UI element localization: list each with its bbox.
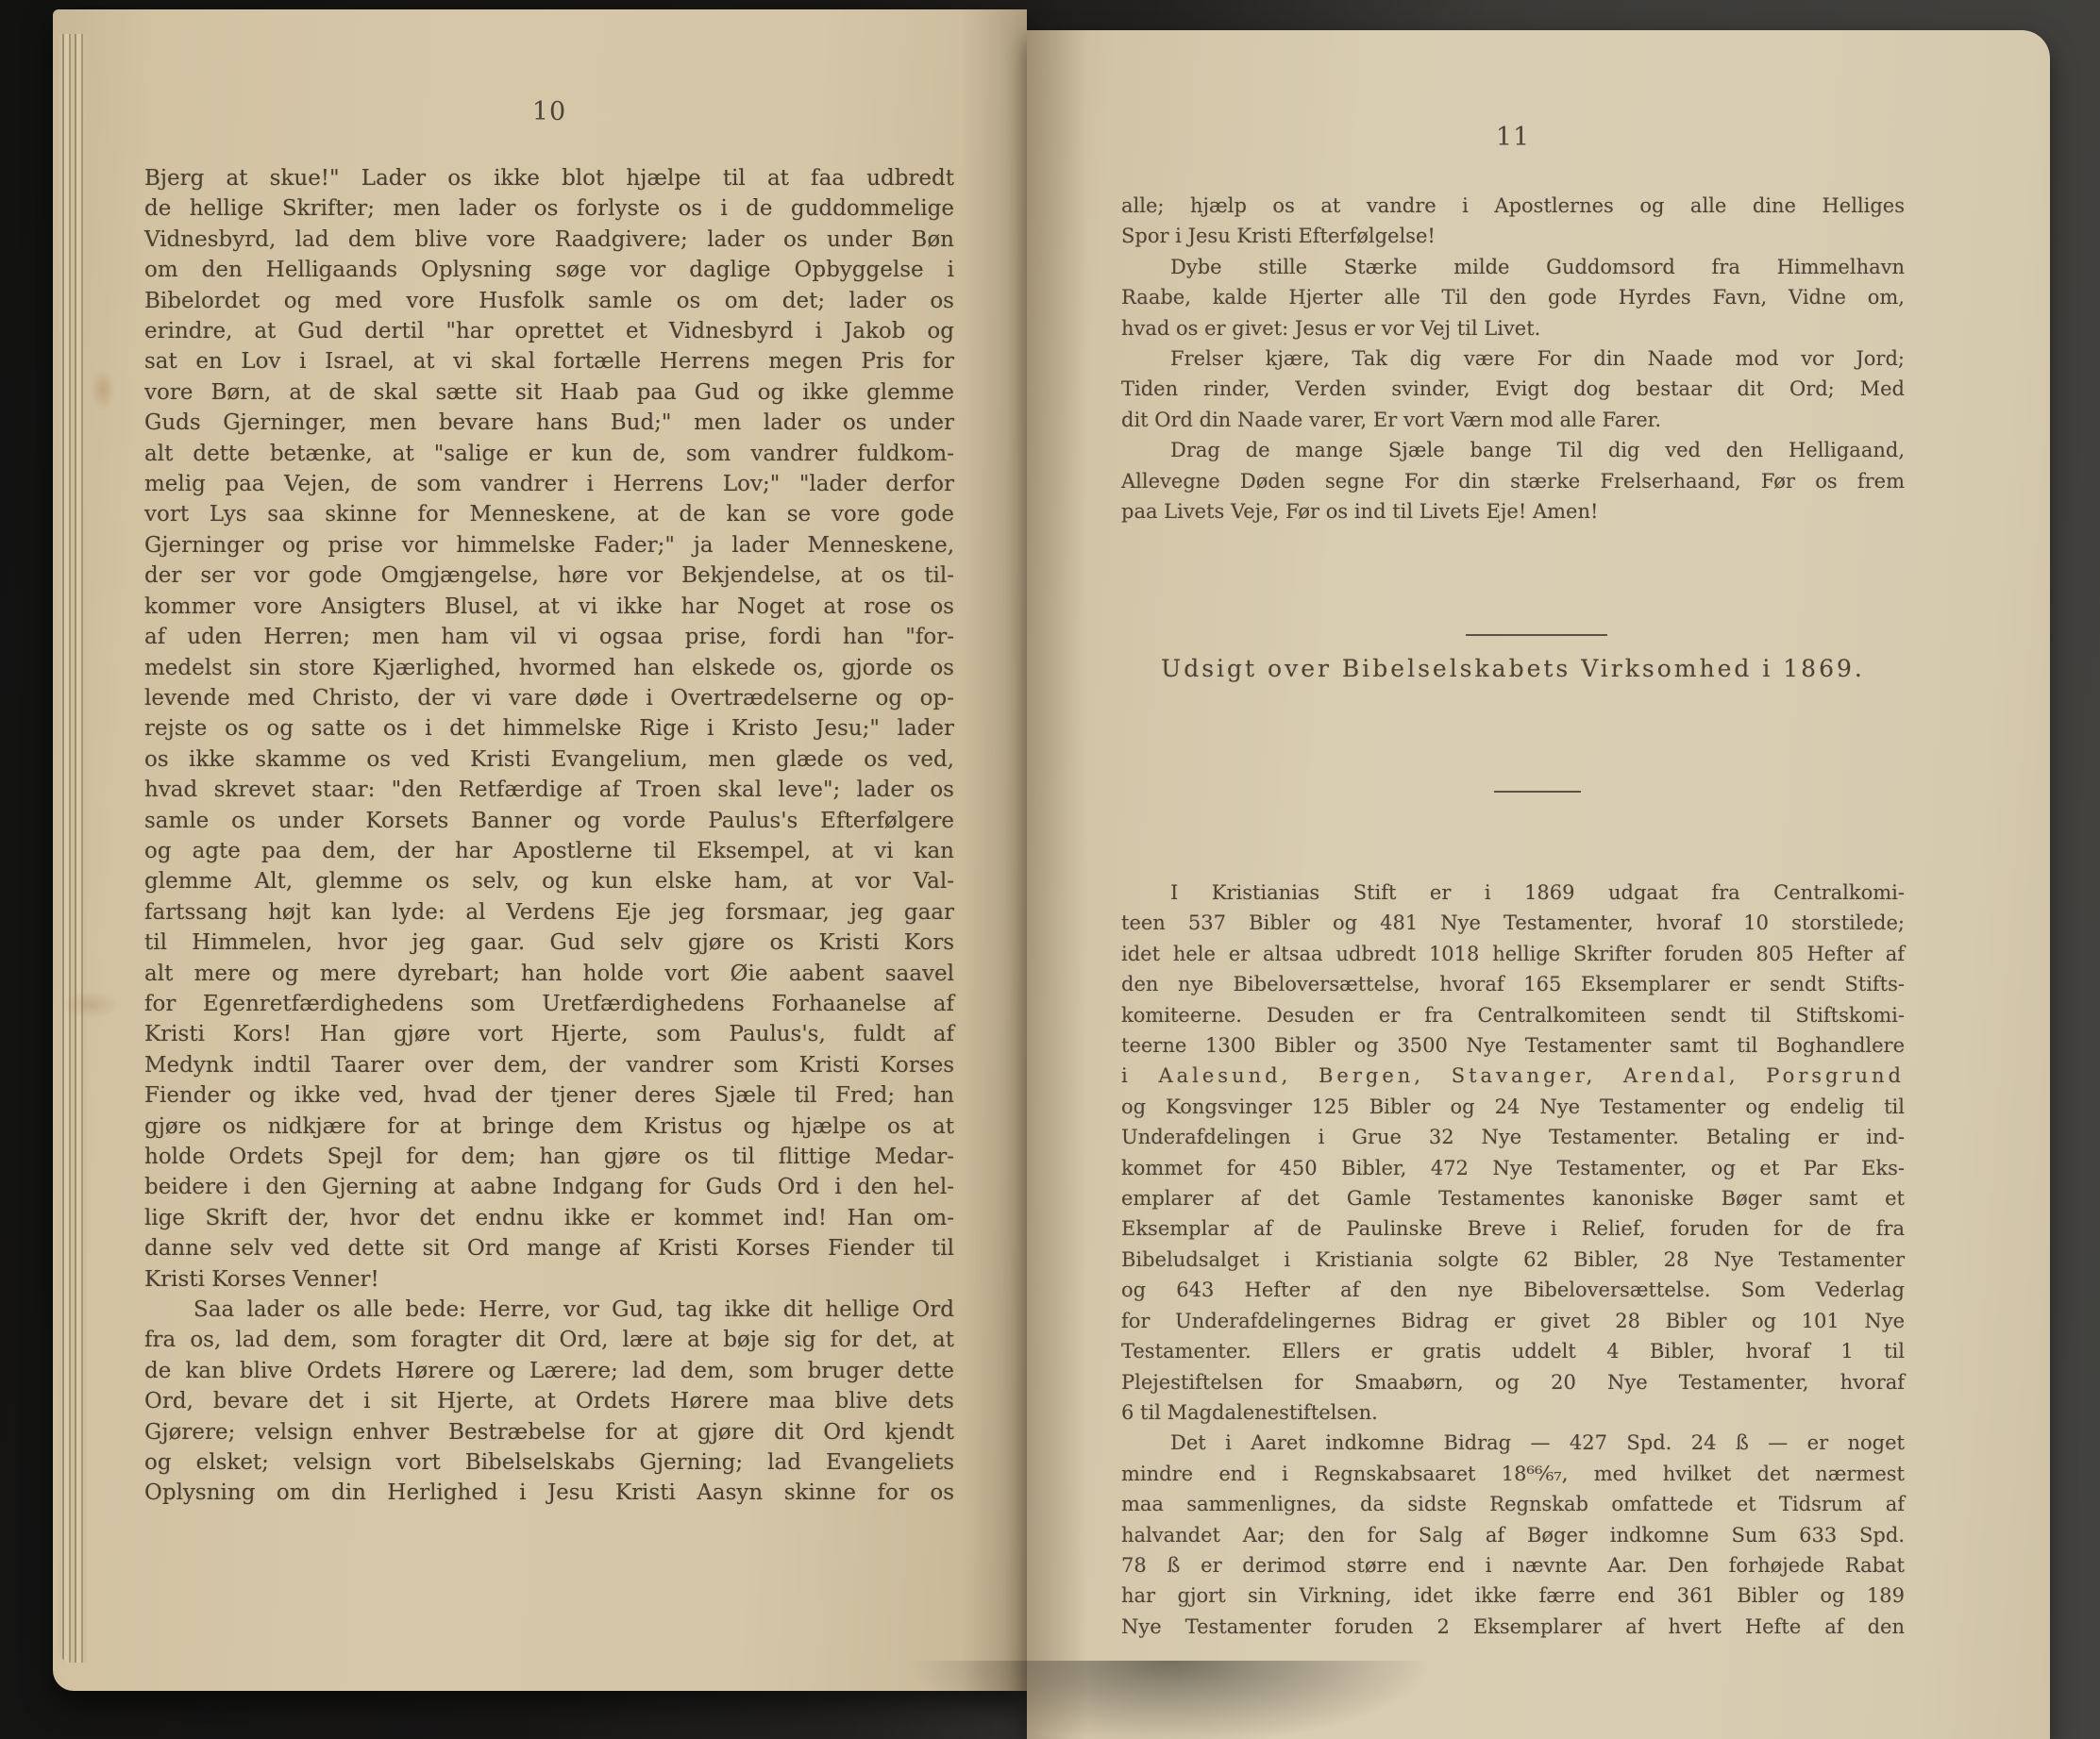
text-line: teerne 1300 Bibler og 3500 Nye Testament… [1121,1030,1905,1061]
page-left-text-column: Bjerg at skue!" Lader os ikke blot hjælp… [144,163,954,1509]
text-line: mindre end i Regnskabsaaret 18⁶⁶⁄₆₇, med… [1121,1459,1905,1489]
text-line: den nye Bibeloversættelse, hvoraf 165 Ek… [1121,969,1905,999]
text-line: Gjørere; velsign enhver Bestræbelse for … [144,1417,954,1447]
text-line: for Underafdelingernes Bidrag er givet 2… [1121,1306,1905,1336]
separator-rule-top [1466,634,1607,636]
text-line: rejste os og satte os i det himmelske Ri… [144,713,954,744]
text-line: Allevegne Døden segne For din stærke Fre… [1121,466,1905,496]
text-line: Fiender og ikke ved, hvad der tjener der… [144,1080,954,1111]
text-line: kommer vore Ansigters Blusel, at vi ikke… [144,592,954,622]
text-line: sat en Lov i Israel, at vi skal fortælle… [144,346,954,376]
text-line: kommet for 450 Bibler, 472 Nye Testament… [1121,1153,1905,1183]
text-line: lige Skrift der, hvor det endnu ikke er … [144,1203,954,1233]
text-line: samle os under Korsets Banner og vorde P… [144,806,954,836]
text-line: vore Børn, at de skal sætte sit Haab paa… [144,377,954,408]
text-line: medelst sin store Kjærlighed, hvormed ha… [144,653,954,683]
text-line: Bibelordet og med vore Husfolk samle os … [144,286,954,316]
text-line: de kan blive Ordets Hørere og Lærere; la… [144,1356,954,1386]
text-line: Ord, bevare det i sit Hjerte, at Ordets … [144,1386,954,1416]
page-left: 10 Bjerg at skue!" Lader os ikke blot hj… [53,9,1027,1691]
text-line: Frelser kjære, Tak dig være For din Naad… [1121,343,1905,374]
text-line: 6 til Magdalenestiftelsen. [1121,1397,1905,1428]
stacked-page-edges [59,34,87,1663]
text-line: Spor i Jesu Kristi Efterfølgelse! [1121,221,1905,251]
gutter-shadow [906,1661,1435,1739]
text-line: af uden Herren; men ham vil vi ogsaa pri… [144,622,954,652]
text-line: melig paa Vejen, de som vandrer i Herren… [144,469,954,499]
separator-rule-mid [1494,791,1581,793]
text-line: Medynk indtil Taarer over dem, der vandr… [144,1050,954,1080]
text-line: danne selv ved dette sit Ord mange af Kr… [144,1233,954,1263]
text-line: om den Helligaands Oplysning søge vor da… [144,255,954,285]
text-line: os ikke skamme os ved Kristi Evangelium,… [144,744,954,775]
text-line: Kristi Kors! Han gjøre vort Hjerte, som … [144,1019,954,1049]
text-line: Raabe, kalde Hjerter alle Til den gode H… [1121,282,1905,312]
text-line: Underafdelingen i Grue 32 Nye Testamente… [1121,1122,1905,1152]
text-line: fartssang højt kan lyde: al Verdens Eje … [144,897,954,928]
text-line: levende med Christo, der vi vare døde i … [144,683,954,713]
text-line: og elsket; velsign vort Bibelselskabs Gj… [144,1447,954,1478]
text-line: 78 ß er derimod større end i nævnte Aar.… [1121,1550,1905,1580]
paper-stain [62,991,119,1019]
text-line: for Egenretfærdighedens som Uretfærdighe… [144,989,954,1019]
text-line: idet hele er altsaa udbredt 1018 hellige… [1121,939,1905,969]
text-line: Testamenter. Ellers er gratis uddelt 4 B… [1121,1336,1905,1366]
text-line: Nye Testamenter foruden 2 Eksemplarer af… [1121,1612,1905,1642]
text-line: Vidnesbyrd, lad dem blive vore Raadgiver… [144,225,954,255]
text-line: Dybe stille Stærke milde Guddomsord fra … [1121,252,1905,282]
text-line: paa Livets Veje, Før os ind til Livets E… [1121,496,1905,527]
text-line: Saa lader os alle bede: Herre, vor Gud, … [144,1295,954,1325]
text-line: de hellige Skrifter; men lader os forlys… [144,193,954,224]
text-line: hvad os er givet: Jesus er vor Vej til L… [1121,313,1905,343]
text-line: Kristi Korses Venner! [144,1264,954,1295]
text-line: komiteerne. Desuden er fra Centralkomite… [1121,1000,1905,1030]
page-right-prayer-text: alle; hjælp os at vandre i Apostlernes o… [1121,191,1905,527]
text-line: Bjerg at skue!" Lader os ikke blot hjælp… [144,163,954,193]
text-line: gjøre os nidkjære for at bringe dem Kris… [144,1112,954,1142]
page-right: 11 alle; hjælp os at vandre i Apostlerne… [1027,30,2050,1739]
text-line: halvandet Aar; den for Salg af Bøger ind… [1121,1520,1905,1550]
text-line: Oplysning om din Herlighed i Jesu Kristi… [144,1478,954,1508]
text-line: Plejestiftelsen for Smaabørn, og 20 Nye … [1121,1367,1905,1397]
text-line: alt dette betænke, at "salige er kun de,… [144,439,954,469]
text-line: emplarer af det Gamle Testamentes kanoni… [1121,1183,1905,1213]
page-right-report-text: I Kristianias Stift er i 1869 udgaat fra… [1121,878,1905,1642]
text-line: i Aalesund, Bergen, Stavanger, Arendal, … [1121,1061,1905,1091]
text-line: til Himmelen, hvor jeg gaar. Gud selv gj… [144,928,954,958]
page-number-left: 10 [144,97,954,126]
text-line: og Kongsvinger 125 Bibler og 24 Nye Test… [1121,1092,1905,1122]
text-line: Tiden rinder, Verden svinder, Evigt dog … [1121,374,1905,404]
text-line: hvad skrevet staar: "den Retfærdige af T… [144,775,954,805]
text-line: Eksemplar af de Paulinske Breve i Relief… [1121,1213,1905,1244]
text-line: glemme Alt, glemme os selv, og kun elske… [144,866,954,896]
text-line: holde Ordets Spejl for dem; han gjøre os… [144,1142,954,1172]
text-line: alt mere og mere dyrebart; han holde vor… [144,959,954,989]
paper-stain [91,368,115,411]
text-line: teen 537 Bibler og 481 Nye Testamenter, … [1121,908,1905,938]
text-line: maa sammenlignes, da sidste Regnskab omf… [1121,1489,1905,1519]
text-line: har gjort sin Virkning, idet ikke færre … [1121,1580,1905,1611]
section-heading: Udsigt over Bibelselskabets Virksomhed i… [1121,655,1905,682]
text-line: I Kristianias Stift er i 1869 udgaat fra… [1121,878,1905,908]
text-line: og agte paa dem, der har Apostlerne til … [144,836,954,866]
text-line: Gjerninger og prise vor himmelske Fader;… [144,530,954,560]
text-line: beidere i den Gjerning at aabne Indgang … [144,1172,954,1202]
text-line: Drag de mange Sjæle bange Til dig ved de… [1121,435,1905,465]
text-line: der ser vor gode Omgjængelse, høre vor B… [144,560,954,591]
text-line: dit Ord din Naade varer, Er vort Værn mo… [1121,405,1905,435]
text-line: og 643 Hefter af den nye Bibeloversættel… [1121,1275,1905,1305]
text-line: vort Lys saa skinne for Menneskene, at d… [144,499,954,529]
text-line: Bibeludsalget i Kristiania solgte 62 Bib… [1121,1245,1905,1275]
text-line: erindre, at Gud dertil "har oprettet et … [144,316,954,346]
text-line: fra os, lad dem, som foragter dit Ord, l… [144,1325,954,1355]
page-number-right: 11 [1121,123,1905,152]
text-line: Det i Aaret indkomne Bidrag — 427 Spd. 2… [1121,1428,1905,1458]
text-line: alle; hjælp os at vandre i Apostlernes o… [1121,191,1905,221]
book-scan: 10 Bjerg at skue!" Lader os ikke blot hj… [0,0,2100,1739]
text-line: Guds Gjerninger, men bevare hans Bud;" m… [144,408,954,438]
